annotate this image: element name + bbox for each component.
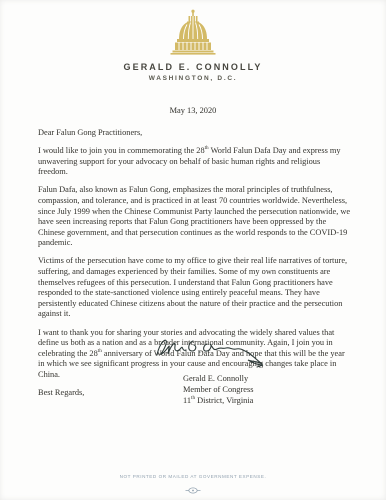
signature-block: Gerald E. Connolly Member of Congress 11…	[183, 374, 253, 407]
letterhead-location: WASHINGTON, D.C.	[0, 75, 386, 82]
union-bug-icon	[0, 481, 386, 488]
letterhead-name: GERALD E. CONNOLLY	[0, 62, 386, 72]
signer-name: Gerald E. Connolly	[183, 374, 253, 385]
salutation: Dear Falun Gong Practitioners,	[38, 128, 352, 139]
body-paragraph-1: I would like to join you in commemoratin…	[38, 146, 352, 178]
body-paragraph-3: Victims of the persecution have come to …	[38, 256, 352, 320]
body-paragraph-2: Falun Dafa, also known as Falun Gong, em…	[38, 185, 352, 249]
signer-district: 11th District, Virginia	[183, 396, 253, 407]
footer: Not Printed or Mailed at Government Expe…	[0, 474, 386, 488]
letter-page: GERALD E. CONNOLLY WASHINGTON, D.C. May …	[0, 0, 386, 500]
signature-image	[147, 331, 272, 369]
letterhead: GERALD E. CONNOLLY WASHINGTON, D.C.	[0, 8, 386, 82]
date-line: May 13, 2020	[0, 106, 386, 115]
franking-disclaimer: Not Printed or Mailed at Government Expe…	[0, 474, 386, 479]
capitol-dome-icon	[0, 8, 386, 58]
